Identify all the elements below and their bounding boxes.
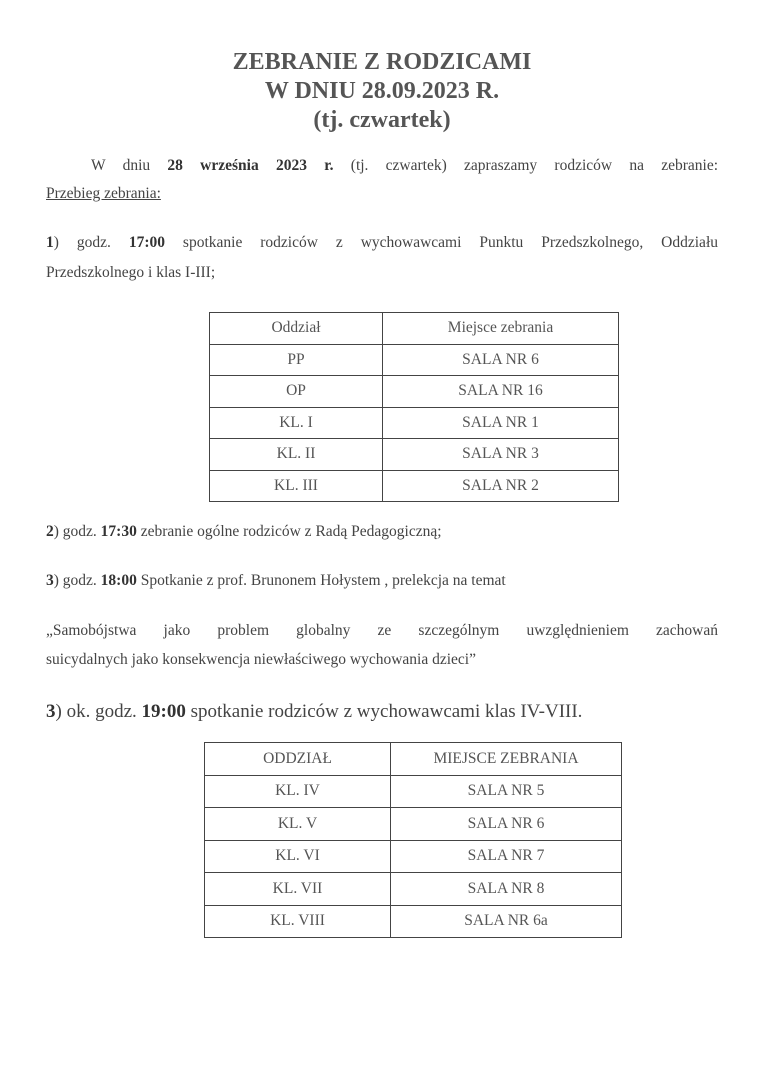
table-classes-iv-viii: ODDZIAŁ MIEJSCE ZEBRANIA KL. IVSALA NR 5…	[204, 742, 622, 938]
agenda-item-1: 1) godz. 17:00 spotkanie rodziców z wych…	[46, 232, 718, 254]
table-classes-pp-iii: Oddział Miejsce zebrania PPSALA NR 6 OPS…	[209, 312, 619, 502]
title-line-2: W DNIU 28.09.2023 R.	[0, 77, 764, 106]
table-row: KL. IVSALA NR 5	[205, 775, 622, 808]
intro-paragraph: W dniu 28 września 2023 r. (tj. czwartek…	[46, 155, 718, 177]
title-line-1: ZEBRANIE Z RODZICAMI	[0, 48, 764, 77]
agenda-item-3: 3) godz. 18:00 Spotkanie z prof. Brunone…	[46, 570, 718, 592]
table-row: OPSALA NR 16	[210, 376, 619, 408]
table-row: KL. VIIISALA NR 6a	[205, 905, 622, 938]
table-row: KL. VIISALA NR 8	[205, 873, 622, 906]
table-header-row: Oddział Miejsce zebrania	[210, 313, 619, 345]
agenda-item-1-cont: Przedszkolnego i klas I-III;	[46, 262, 718, 284]
agenda-item-4: 3) ok. godz. 19:00 spotkanie rodziców z …	[46, 700, 718, 724]
table-row: KL. VSALA NR 6	[205, 808, 622, 841]
table-row: KL. IIISALA NR 2	[210, 470, 619, 502]
document-title: ZEBRANIE Z RODZICAMI W DNIU 28.09.2023 R…	[0, 48, 764, 135]
agenda-heading: Przebieg zebrania:	[46, 183, 718, 205]
lecture-topic-cont: suicydalnych jako konsekwencja niewłaści…	[46, 649, 718, 671]
lecture-topic: „Samobójstwa jako problem globalny ze sz…	[46, 620, 718, 642]
table-row: KL. ISALA NR 1	[210, 407, 619, 439]
agenda-item-2: 2) godz. 17:30 zebranie ogólne rodziców …	[46, 521, 718, 543]
table-row: KL. IISALA NR 3	[210, 439, 619, 471]
meeting-date: 28 września 2023 r.	[167, 157, 333, 174]
table-header-row: ODDZIAŁ MIEJSCE ZEBRANIA	[205, 743, 622, 776]
title-line-3: (tj. czwartek)	[0, 106, 764, 135]
table-row: KL. VISALA NR 7	[205, 840, 622, 873]
table-row: PPSALA NR 6	[210, 344, 619, 376]
